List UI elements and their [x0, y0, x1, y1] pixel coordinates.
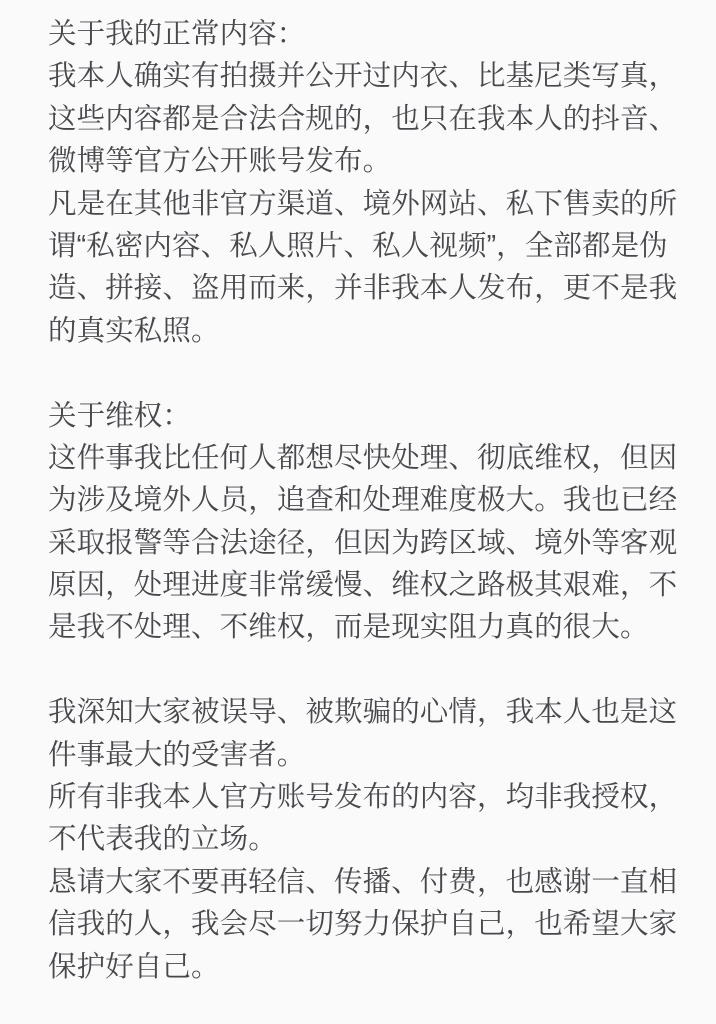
text-line: 所有非我本人官方账号发布的内容，均非我授权， — [48, 776, 692, 818]
text-line: 造、拼接、盗用而来，并非我本人发布，更不是我 — [48, 267, 692, 309]
text-line: 原因，处理进度非常缓慢、维权之路极其艰难，不 — [48, 564, 692, 606]
text-line: 是我不处理、不维权，而是现实阻力真的很大。 — [48, 606, 692, 648]
section-heading-rights-protection: 关于维权： — [48, 395, 692, 437]
text-line: 谓“私密内容、私人照片、私人视频”，全部都是伪 — [48, 225, 692, 267]
text-line: 我深知大家被误导、被欺骗的心情，我本人也是这 — [48, 691, 692, 733]
text-line: 恳请大家不要再轻信、传播、付费，也感谢一直相 — [48, 861, 692, 903]
text-line: 这些内容都是合法合规的，也只在我本人的抖音、 — [48, 98, 692, 140]
text-line: 采取报警等合法途径，但因为跨区域、境外等客观 — [48, 522, 692, 564]
text-line: 的真实私照。 — [48, 310, 692, 352]
text-line: 这件事我比任何人都想尽快处理、彻底维权，但因 — [48, 437, 692, 479]
text-line: 保护好自己。 — [48, 946, 692, 988]
text-line: 凡是在其他非官方渠道、境外网站、私下售卖的所 — [48, 183, 692, 225]
text-line: 不代表我的立场。 — [48, 818, 692, 860]
statement-page: 关于我的正常内容： 我本人确实有拍摄并公开过内衣、比基尼类写真， 这些内容都是合… — [0, 0, 716, 1024]
section-heading-normal-content: 关于我的正常内容： — [48, 13, 692, 55]
blank-line — [48, 352, 692, 394]
text-line: 信我的人，我会尽一切努力保护自己，也希望大家 — [48, 903, 692, 945]
text-line: 件事最大的受害者。 — [48, 734, 692, 776]
blank-line — [48, 649, 692, 691]
text-line: 微博等官方公开账号发布。 — [48, 140, 692, 182]
text-line: 我本人确实有拍摄并公开过内衣、比基尼类写真， — [48, 55, 692, 97]
text-line: 为涉及境外人员，追查和处理难度极大。我也已经 — [48, 479, 692, 521]
